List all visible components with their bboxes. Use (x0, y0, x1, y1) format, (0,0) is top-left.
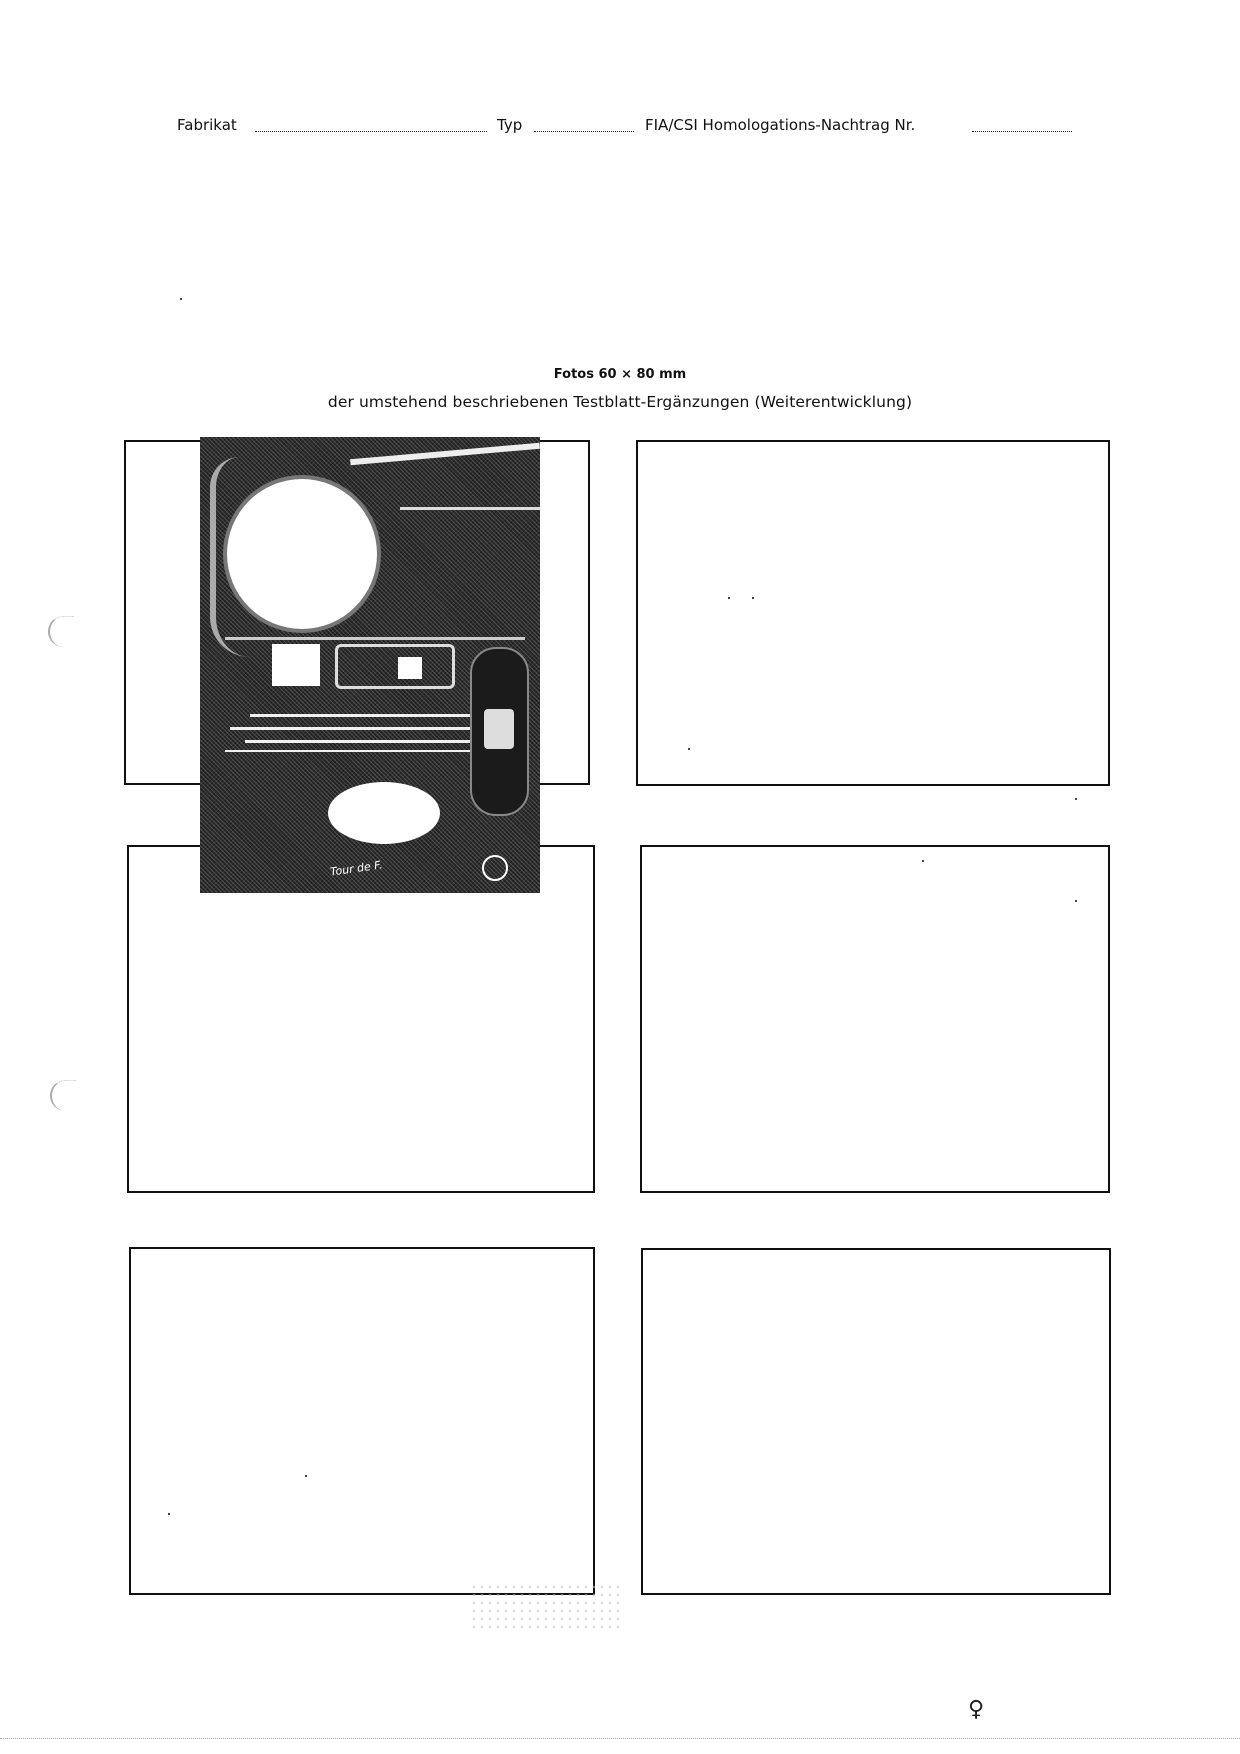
scan-speck (752, 597, 754, 599)
body-line (400, 507, 540, 510)
photo-size-title: Fotos 60 ⨯ 80 mm (0, 367, 1240, 382)
punch-hole-mark (48, 616, 74, 647)
photo-slot-row2-left (127, 845, 595, 1193)
punch-hole-mark (50, 1080, 76, 1111)
rally-sign: Tour de F. (329, 858, 383, 878)
fog-lamp (272, 644, 320, 686)
scan-speck (688, 748, 690, 750)
scan-speck (922, 860, 924, 862)
rally-badge (482, 855, 508, 881)
page-mark-icon: ♀ (968, 1697, 984, 1722)
bumper-bar (230, 727, 470, 730)
manufacturer-field[interactable] (255, 131, 487, 132)
form-header: Fabrikat Typ FIA/CSI Homologations-Nacht… (177, 116, 1077, 140)
scan-speck (1075, 900, 1077, 902)
homologation-number-field[interactable] (972, 131, 1072, 132)
wheel (470, 647, 529, 816)
scan-speck (305, 1475, 307, 1477)
type-label: Typ (497, 116, 522, 134)
bumper-bar (250, 714, 470, 717)
bleed-through (470, 1583, 620, 1633)
scan-speck (728, 597, 730, 599)
scan-speck (1075, 798, 1077, 800)
air-intake (335, 644, 455, 689)
car-front-photo: Tour de F. (200, 437, 540, 893)
photo-slot-row1-right (636, 440, 1110, 786)
type-field[interactable] (534, 131, 634, 132)
scan-speck (180, 298, 182, 300)
page-edge-rule (0, 1738, 1240, 1739)
photo-slot-row3-left (129, 1247, 595, 1595)
photo-slot-row2-right (640, 845, 1110, 1193)
photo-slot-row3-right (641, 1248, 1111, 1595)
bumper-bar (225, 750, 475, 752)
scan-speck (168, 1513, 170, 1515)
bumper-bar (245, 740, 470, 743)
oval-plate (328, 782, 440, 844)
photo-caption: der umstehend beschriebenen Testblatt-Er… (0, 393, 1240, 411)
headlamp (227, 479, 377, 629)
manufacturer-label: Fabrikat (177, 116, 237, 134)
homologation-label: FIA/CSI Homologations-Nachtrag Nr. (645, 116, 915, 134)
